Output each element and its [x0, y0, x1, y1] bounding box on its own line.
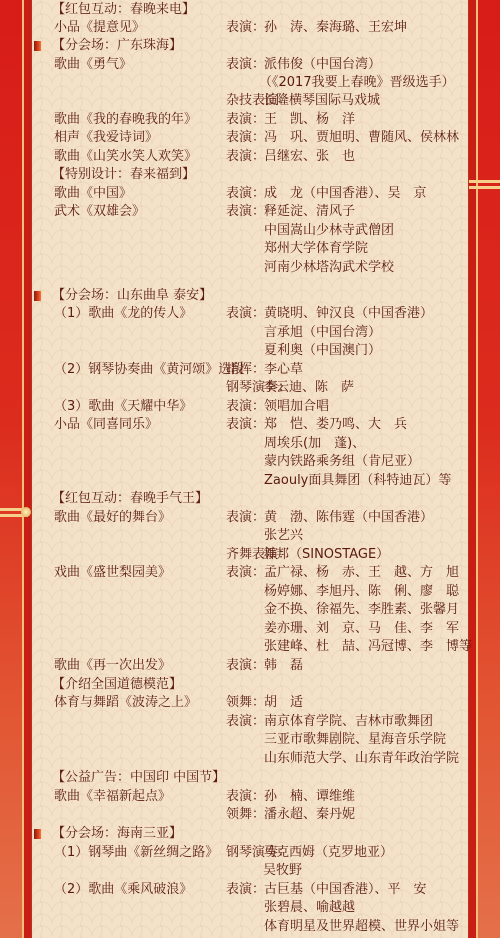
performer-continuation: 周埃乐(加 蓬)、	[32, 435, 468, 453]
item-title: 体育与舞蹈《波涛之上》	[54, 694, 197, 712]
performer-role: 表演：	[226, 56, 265, 74]
performer-names: 马克西姆（克罗地亚）	[263, 844, 393, 862]
program-item: 歌曲《最好的舞台》表演：黄 渤、陈伟霆（中国香港）	[32, 509, 468, 527]
performer-role: 表演：	[226, 881, 265, 899]
performer-continuation: （《2017我要上春晚》晋级选手）	[32, 74, 468, 92]
performer-continuation: 张碧晨、喻越越	[32, 899, 468, 917]
performer-names: 体育明星及世界超模、世界小姐等	[264, 918, 459, 936]
performer-names: 郑州大学体育学院	[264, 240, 368, 258]
performer-names: 张碧晨、喻越越	[264, 899, 355, 917]
section-title: 【分会场：海南三亚】	[52, 825, 182, 843]
program-item: 戏曲《盛世梨园美》表演：孟广禄、杨 赤、王 越、方 旭	[32, 564, 468, 582]
section-header: 【红包互动：春晚手气王】	[32, 490, 468, 508]
item-title: （2）钢琴协奏曲《黄河颂》选段	[54, 361, 244, 379]
program-item: （1）钢琴曲《新丝绸之路》钢琴演奏：马克西姆（克罗地亚）	[32, 844, 468, 862]
performer-names: 河南少林塔沟武术学校	[264, 259, 394, 277]
program-item: （2）钢琴协奏曲《黄河颂》选段指挥：李心草	[32, 361, 468, 379]
section-header: 【分会场：海南三亚】	[32, 825, 468, 843]
performer-names: 金不换、徐福先、李胜素、张馨月	[264, 601, 459, 619]
item-title: 歌曲《勇气》	[54, 56, 132, 74]
performer-continuation: 三亚市歌舞剧院、星海音乐学院	[32, 731, 468, 749]
performer-names: 姜亦珊、刘 京、马 佳、李 军	[264, 620, 459, 638]
program-item: 领舞：潘永超、秦丹妮	[32, 806, 468, 824]
item-title: 戏曲《盛世梨园美》	[54, 564, 171, 582]
performer-names: 释延淀、清风子	[264, 203, 355, 221]
program-item: 杂技表演：长隆横琴国际马戏城	[32, 92, 468, 110]
performer-names: 李心草	[264, 361, 303, 379]
section-bullet-icon	[34, 291, 41, 301]
performer-names: （《2017我要上春晚》晋级选手）	[259, 74, 455, 92]
item-title: 歌曲《山笑水笑人欢笑》	[54, 148, 197, 166]
performer-continuation: 吴牧野	[32, 862, 468, 880]
performer-role: 领舞：	[226, 694, 265, 712]
section-title: 【红包互动：春晚来电】	[52, 1, 195, 19]
performer-role: 表演：	[226, 19, 265, 37]
performer-names: 成 龙（中国香港）、吴 京	[264, 185, 427, 203]
performer-continuation: 蒙内铁路乘务组（肯尼亚）	[32, 453, 468, 471]
performer-role: 领舞：	[226, 806, 265, 824]
performer-continuation: 张艺兴	[32, 527, 468, 545]
performer-names: 领唱加合唱	[264, 398, 329, 416]
performer-continuation: 郑州大学体育学院	[32, 240, 468, 258]
program-item: 歌曲《中国》表演：成 龙（中国香港）、吴 京	[32, 185, 468, 203]
performer-names: 张建峰、杜 喆、冯冠博、李 博等	[264, 638, 472, 656]
program-item: （1）歌曲《龙的传人》表演：黄晓明、钟汉良（中国香港）	[32, 305, 468, 323]
performer-names: 胡 适	[264, 694, 303, 712]
program-item: 体育与舞蹈《波涛之上》领舞：胡 适	[32, 694, 468, 712]
performer-names: 李云迪、陈 萨	[263, 379, 354, 397]
item-title: 歌曲《再一次出发》	[54, 657, 171, 675]
performer-names: 周埃乐(加 蓬)、	[264, 435, 365, 453]
section-header: 【公益广告：中国印 中国节】	[32, 769, 468, 787]
performer-names: 张艺兴	[264, 527, 303, 545]
performer-role: 表演：	[226, 185, 265, 203]
performer-names: Zaouly面具舞团（科特迪瓦）等	[264, 472, 451, 490]
program-item: 歌曲《再一次出发》表演：韩 磊	[32, 657, 468, 675]
program-item: （3）歌曲《天耀中华》表演：领唱加合唱	[32, 398, 468, 416]
performer-role: 表演：	[226, 713, 265, 731]
performer-names: 舞邦（SINOSTAGE）	[263, 546, 389, 564]
performer-names: 南京体育学院、吉林市歌舞团	[264, 713, 433, 731]
performer-continuation: 山东师范大学、山东青年政治学院	[32, 750, 468, 768]
performer-names: 黄 渤、陈伟霆（中国香港）	[264, 509, 433, 527]
section-header: 【分会场：山东曲阜 泰安】	[32, 287, 468, 305]
left-decoration-knob	[21, 507, 31, 517]
performer-names: 三亚市歌舞剧院、星海音乐学院	[264, 731, 446, 749]
performer-names: 言承旭（中国台湾）	[264, 324, 381, 342]
item-title: 歌曲《幸福新起点》	[54, 788, 171, 806]
program-item: 歌曲《山笑水笑人欢笑》表演：吕继宏、张 也	[32, 148, 468, 166]
item-title: （1）歌曲《龙的传人》	[54, 305, 192, 323]
program-item: 歌曲《勇气》表演：派伟俊（中国台湾）	[32, 56, 468, 74]
program-item: 小品《同喜同乐》表演：郑 恺、娄乃鸣、大 兵	[32, 416, 468, 434]
performer-names: 郑 恺、娄乃鸣、大 兵	[264, 416, 407, 434]
performer-names: 吴牧野	[263, 862, 302, 880]
section-header: 【介绍全国道德模范】	[32, 676, 468, 694]
performer-continuation: 中国嵩山少林寺武僧团	[32, 222, 468, 240]
performer-continuation: 河南少林塔沟武术学校	[32, 259, 468, 277]
section-title: 【特别设计：春来福到】	[52, 166, 195, 184]
performer-role: 表演：	[226, 509, 265, 527]
performer-role: 表演：	[226, 111, 265, 129]
performer-role: 表演：	[226, 148, 265, 166]
performer-names: 孙 涛、秦海璐、王宏坤	[264, 19, 407, 37]
section-header: 【分会场：广东珠海】	[32, 37, 468, 55]
performer-names: 孙 楠、谭维维	[264, 788, 355, 806]
item-title: 小品《提意见》	[54, 19, 145, 37]
performer-continuation: 夏利奥（中国澳门）	[32, 342, 468, 360]
item-title: 歌曲《最好的舞台》	[54, 509, 171, 527]
item-title: 歌曲《中国》	[54, 185, 132, 203]
item-title: （2）歌曲《乘风破浪》	[54, 881, 192, 899]
program-item: 齐舞表演：舞邦（SINOSTAGE）	[32, 546, 468, 564]
performer-continuation: 姜亦珊、刘 京、马 佳、李 军	[32, 620, 468, 638]
performer-names: 山东师范大学、山东青年政治学院	[264, 750, 459, 768]
program-item: 表演：南京体育学院、吉林市歌舞团	[32, 713, 468, 731]
section-title: 【公益广告：中国印 中国节】	[52, 769, 225, 787]
section-header: 【特别设计：春来福到】	[32, 166, 468, 184]
performer-names: 吕继宏、张 也	[264, 148, 355, 166]
item-title: 歌曲《我的春晚我的年》	[54, 111, 197, 129]
performer-names: 韩 磊	[264, 657, 303, 675]
program-paper: 【红包互动：春晚来电】小品《提意见》表演：孙 涛、秦海璐、王宏坤【分会场：广东珠…	[31, 0, 469, 938]
item-title: 武术《双雄会》	[54, 203, 145, 221]
performer-continuation: 体育明星及世界超模、世界小姐等	[32, 918, 468, 936]
performer-role: 表演：	[226, 416, 265, 434]
program-item: 武术《双雄会》表演：释延淀、清风子	[32, 203, 468, 221]
performer-continuation: 张建峰、杜 喆、冯冠博、李 博等	[32, 638, 468, 656]
performer-role: 表演：	[226, 129, 265, 147]
program-item: 歌曲《幸福新起点》表演：孙 楠、谭维维	[32, 788, 468, 806]
section-title: 【介绍全国道德模范】	[52, 676, 182, 694]
performer-role: 表演：	[226, 788, 265, 806]
program-item: （2）歌曲《乘风破浪》表演：古巨基（中国香港）、平 安	[32, 881, 468, 899]
program-item: 相声《我爱诗词》表演：冯 巩、贾旭明、曹随风、侯林林	[32, 129, 468, 147]
performer-names: 长隆横琴国际马戏城	[263, 92, 380, 110]
section-title: 【红包互动：春晚手气王】	[52, 490, 208, 508]
section-header: 【红包互动：春晚来电】	[32, 1, 468, 19]
performer-names: 古巨基（中国香港）、平 安	[264, 881, 427, 899]
performer-continuation: Zaouly面具舞团（科特迪瓦）等	[32, 472, 468, 490]
performer-names: 黄晓明、钟汉良（中国香港）	[264, 305, 433, 323]
performer-names: 中国嵩山少林寺武僧团	[264, 222, 394, 240]
performer-names: 蒙内铁路乘务组（肯尼亚）	[264, 453, 420, 471]
performer-names: 派伟俊（中国台湾）	[264, 56, 381, 74]
section-bullet-icon	[34, 41, 41, 51]
performer-role: 表演：	[226, 657, 265, 675]
performer-role: 指挥：	[226, 361, 265, 379]
section-title: 【分会场：广东珠海】	[52, 37, 182, 55]
performer-role: 表演：	[226, 564, 265, 582]
item-title: （3）歌曲《天耀中华》	[54, 398, 192, 416]
program-item: 小品《提意见》表演：孙 涛、秦海璐、王宏坤	[32, 19, 468, 37]
performer-role: 表演：	[226, 398, 265, 416]
performer-names: 冯 巩、贾旭明、曹随风、侯林林	[264, 129, 459, 147]
performer-continuation: 杨婷娜、李旭丹、陈 俐、廖 聪	[32, 583, 468, 601]
performer-names: 杨婷娜、李旭丹、陈 俐、廖 聪	[264, 583, 459, 601]
performer-continuation: 金不换、徐福先、李胜素、张馨月	[32, 601, 468, 619]
performer-names: 王 凯、杨 洋	[264, 111, 355, 129]
item-title: 相声《我爱诗词》	[54, 129, 158, 147]
program-item: 歌曲《我的春晚我的年》表演：王 凯、杨 洋	[32, 111, 468, 129]
program-item: 钢琴演奏：李云迪、陈 萨	[32, 379, 468, 397]
performer-role: 表演：	[226, 305, 265, 323]
right-red-border	[478, 0, 500, 938]
section-bullet-icon	[34, 829, 41, 839]
performer-role: 表演：	[226, 203, 265, 221]
performer-names: 潘永超、秦丹妮	[264, 806, 355, 824]
section-title: 【分会场：山东曲阜 泰安】	[52, 287, 212, 305]
performer-names: 夏利奥（中国澳门）	[264, 342, 381, 360]
performer-names: 孟广禄、杨 赤、王 越、方 旭	[264, 564, 459, 582]
performer-continuation: 言承旭（中国台湾）	[32, 324, 468, 342]
item-title: 小品《同喜同乐》	[54, 416, 158, 434]
item-title: （1）钢琴曲《新丝绸之路》	[54, 844, 218, 862]
